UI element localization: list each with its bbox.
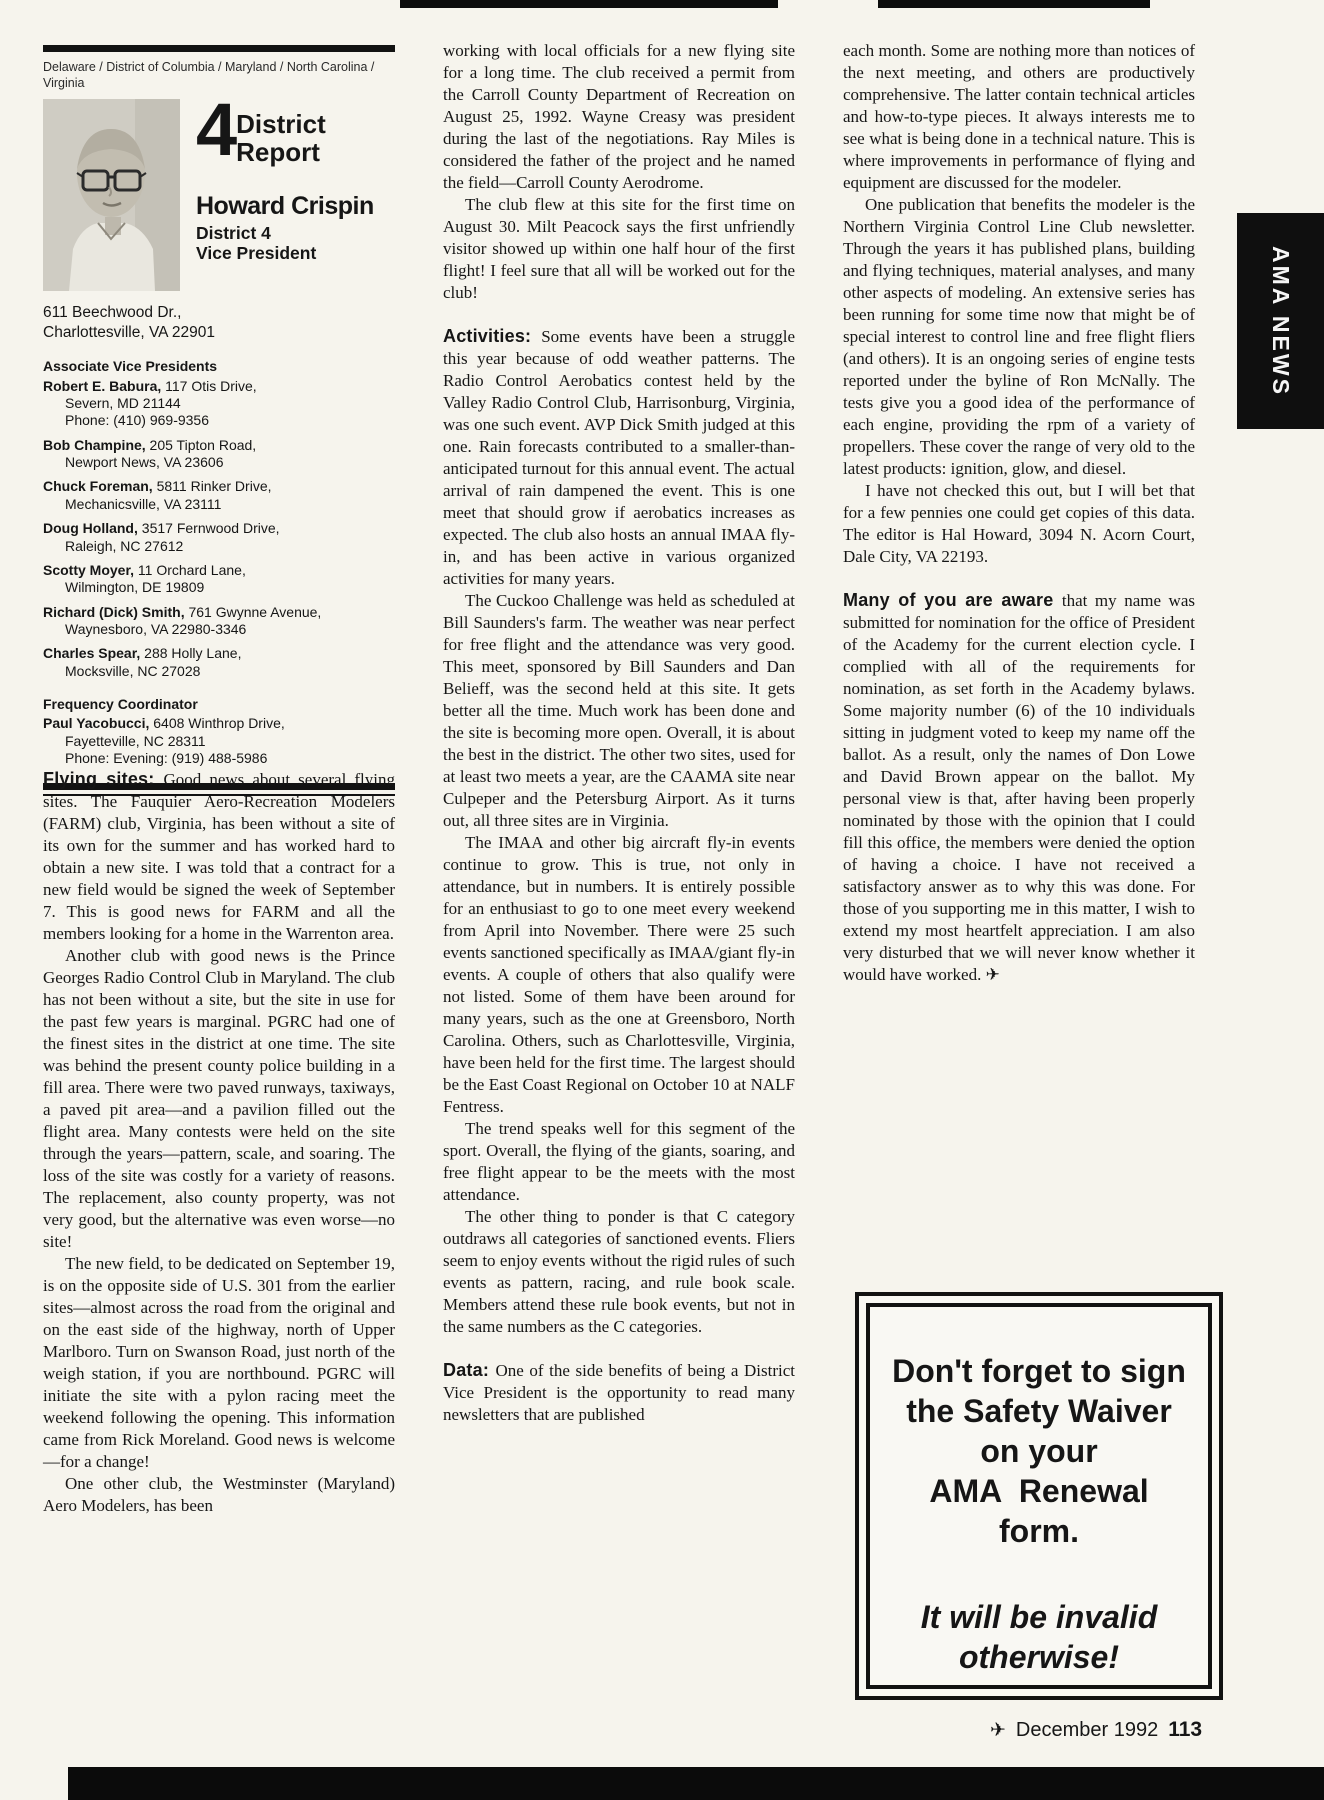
safety-waiver-message: Don't forget to signthe Safety Waiveron … — [892, 1351, 1186, 1551]
article-paragraph: each month. Some are nothing more than n… — [843, 40, 1195, 194]
article-paragraph: The trend speaks well for this segment o… — [443, 1118, 795, 1206]
safety-waiver-line: Don't forget to sign — [892, 1351, 1186, 1391]
avp-entries: Robert E. Babura, 117 Otis Drive,Severn,… — [43, 378, 395, 680]
address-line1: 611 Beechwood Dr., — [43, 303, 395, 323]
officer-entry: Chuck Foreman, 5811 Rinker Drive,Mechani… — [43, 478, 395, 513]
page-footer: ✈ December 1992 113 — [990, 1718, 1155, 1742]
frequency-coordinator-heading: Frequency Coordinator — [43, 696, 395, 713]
section-heading: Flying sites: — [43, 769, 163, 789]
report-title-line2: Report — [236, 138, 326, 166]
scan-edge-top-right — [878, 0, 1150, 8]
article-paragraph: I have not checked this out, but I will … — [843, 480, 1195, 568]
officer-entry: Paul Yacobucci, 6408 Winthrop Drive,Faye… — [43, 715, 395, 767]
address-line2: Charlottesville, VA 22901 — [43, 323, 395, 343]
article-paragraph: working with local officials for a new f… — [443, 40, 795, 194]
article-paragraph: One publication that benefits the modele… — [843, 194, 1195, 480]
frequency-coordinator-entry: Paul Yacobucci, 6408 Winthrop Drive,Faye… — [43, 715, 395, 767]
article-paragraph: The club flew at this site for the first… — [443, 194, 795, 304]
vp-photo — [43, 99, 180, 291]
officer-entry: Robert E. Babura, 117 Otis Drive,Severn,… — [43, 378, 395, 430]
scan-edge-top-left — [400, 0, 778, 8]
section-heading: Activities: — [443, 326, 541, 346]
article-paragraph: Many of you are aware that my name was s… — [843, 589, 1195, 986]
district-number: 4 — [196, 99, 234, 161]
safety-waiver-line: AMA Renewal — [892, 1471, 1186, 1511]
safety-waiver-inner-border: Don't forget to signthe Safety Waiveron … — [866, 1303, 1212, 1689]
article-paragraph: Activities: Some events have been a stru… — [443, 325, 795, 590]
safety-waiver-line: otherwise! — [921, 1637, 1157, 1677]
report-title-line1: District — [236, 110, 326, 138]
safety-waiver-line: on your — [892, 1431, 1186, 1471]
safety-waiver-line: the Safety Waiver — [892, 1391, 1186, 1431]
ama-news-label: AMA NEWS — [1267, 246, 1294, 397]
officer-entry: Scotty Moyer, 11 Orchard Lane,Wilmington… — [43, 562, 395, 597]
district-regions: Delaware / District of Columbia / Maryla… — [43, 59, 395, 91]
vp-title: District 4 Vice President — [196, 223, 374, 263]
article-paragraph: The Cuckoo Challenge was held as schedul… — [443, 590, 795, 832]
vp-name: Howard Crispin — [196, 192, 374, 221]
article-paragraph: Flying sites: Good news about several fl… — [43, 768, 395, 945]
article-paragraph: One other club, the Westminster (Marylan… — [43, 1473, 395, 1517]
article-paragraph: Another club with good news is the Princ… — [43, 945, 395, 1253]
officer-entry: Richard (Dick) Smith, 761 Gwynne Avenue,… — [43, 604, 395, 639]
article-column-left: Flying sites: Good news about several fl… — [43, 768, 395, 1517]
article-column-right: each month. Some are nothing more than n… — [843, 40, 1195, 986]
article-paragraph: The other thing to ponder is that C cate… — [443, 1206, 795, 1338]
article-column-middle: working with local officials for a new f… — [443, 40, 795, 1426]
vp-title-line1: District 4 — [196, 223, 374, 243]
article-paragraph: The new field, to be dedicated on Septem… — [43, 1253, 395, 1473]
footer-issue: December 1992 — [1016, 1719, 1158, 1742]
ama-news-tab: AMA NEWS — [1237, 213, 1324, 429]
safety-waiver-line: It will be invalid — [921, 1597, 1157, 1637]
footer-page-number: 113 — [1168, 1718, 1202, 1742]
district-report-title: District Report — [236, 110, 326, 166]
vp-address: 611 Beechwood Dr., Charlottesville, VA 2… — [43, 303, 395, 343]
airplane-icon: ✈ — [990, 1719, 1006, 1742]
magazine-page: Delaware / District of Columbia / Maryla… — [0, 0, 1324, 1800]
article-paragraph: The IMAA and other big aircraft fly-in e… — [443, 832, 795, 1118]
district-report-header: Delaware / District of Columbia / Maryla… — [43, 45, 395, 796]
officer-entry: Bob Champine, 205 Tipton Road,Newport Ne… — [43, 437, 395, 472]
safety-waiver-warning: It will be invalidotherwise! — [921, 1597, 1157, 1677]
safety-waiver-box: Don't forget to signthe Safety Waiveron … — [855, 1292, 1223, 1700]
section-heading: Many of you are aware — [843, 590, 1062, 610]
safety-waiver-line: form. — [892, 1511, 1186, 1551]
article-paragraph: Data: One of the side benefits of being … — [443, 1359, 795, 1426]
section-heading: Data: — [443, 1360, 496, 1380]
scan-edge-bottom — [68, 1767, 1324, 1800]
officer-entry: Charles Spear, 288 Holly Lane,Mocksville… — [43, 645, 395, 680]
vp-title-line2: Vice President — [196, 243, 374, 263]
header-rule — [43, 45, 395, 52]
officer-entry: Doug Holland, 3517 Fernwood Drive,Raleig… — [43, 520, 395, 555]
avp-heading: Associate Vice Presidents — [43, 358, 395, 375]
officers-list: Associate Vice Presidents Robert E. Babu… — [43, 358, 395, 767]
